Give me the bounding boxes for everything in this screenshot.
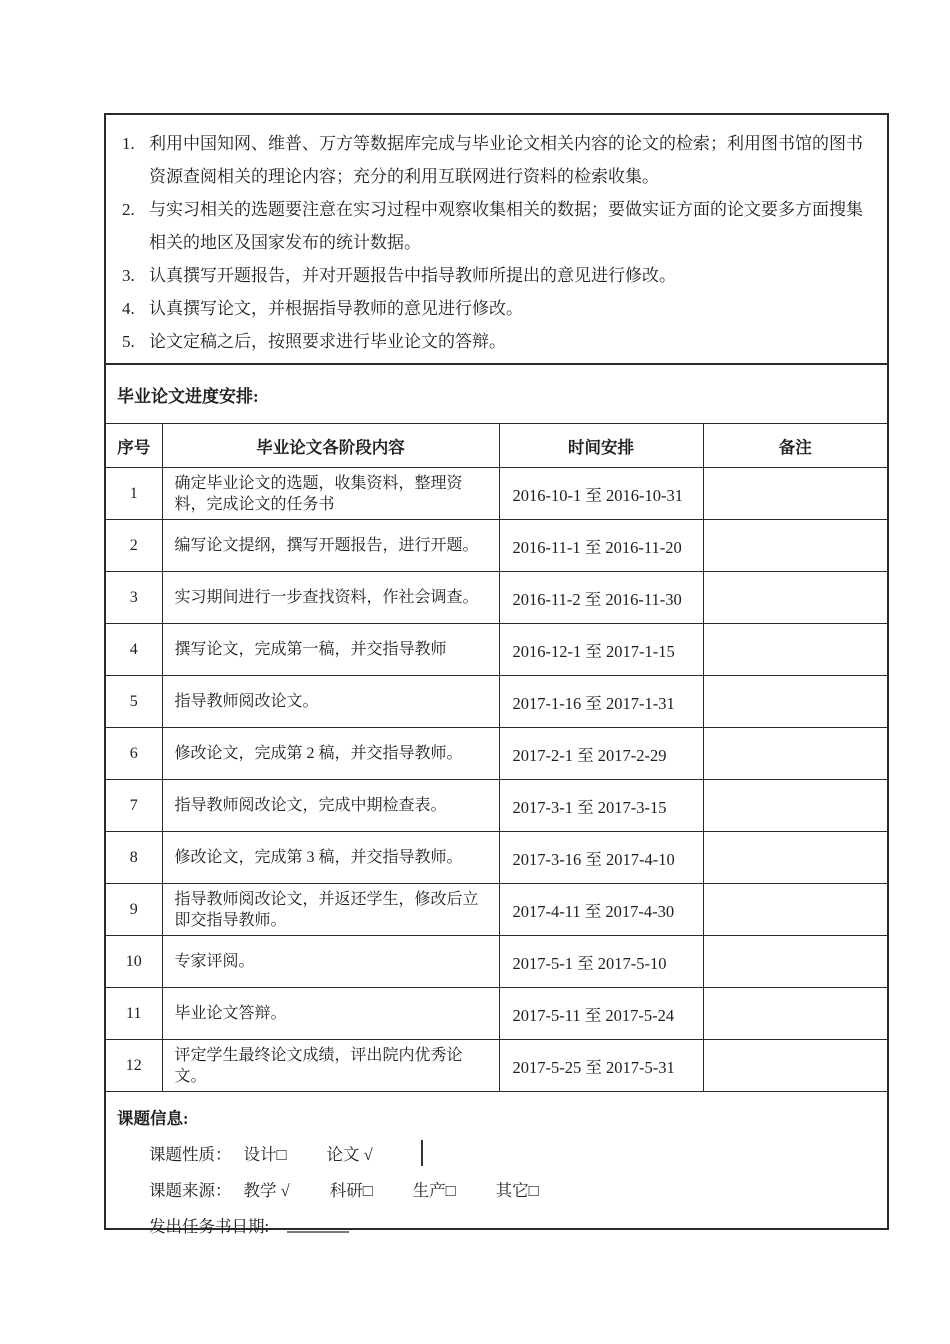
requirement-number: 3. bbox=[122, 259, 149, 292]
requirement-item: 1.利用中国知网、维普、万方等数据库完成与毕业论文相关内容的论文的检索；利用图书… bbox=[122, 127, 873, 193]
checkbox-empty-icon: □ bbox=[446, 1181, 456, 1200]
task-book-page: 1.利用中国知网、维普、万方等数据库完成与毕业论文相关内容的论文的检索；利用图书… bbox=[104, 113, 889, 1230]
stage-number: 6 bbox=[106, 728, 162, 780]
schedule-section-title: 毕业论文进度安排: bbox=[106, 365, 887, 423]
stage-time: 2016-10-1 至 2016-10-31 bbox=[499, 468, 703, 520]
stage-time: 2017-5-25 至 2017-5-31 bbox=[499, 1040, 703, 1092]
stage-number: 5 bbox=[106, 676, 162, 728]
stage-time: 2017-5-11 至 2017-5-24 bbox=[499, 988, 703, 1040]
stage-number: 3 bbox=[106, 572, 162, 624]
stage-content: 专家评阅。 bbox=[162, 936, 499, 988]
issue-date-blank bbox=[287, 1217, 349, 1233]
stage-remark bbox=[703, 468, 887, 520]
schedule-table: 序号 毕业论文各阶段内容 时间安排 备注 1确定毕业论文的选题，收集资料，整理资… bbox=[106, 423, 887, 1092]
stage-remark bbox=[703, 676, 887, 728]
table-row: 6修改论文，完成第 2 稿，并交指导教师。2017-2-1 至 2017-2-2… bbox=[106, 728, 887, 780]
checkmark-icon: √ bbox=[359, 1145, 372, 1164]
stage-remark bbox=[703, 728, 887, 780]
requirement-item: 5.论文定稿之后，按照要求进行毕业论文的答辩。 bbox=[122, 325, 873, 358]
requirement-text: 认真撰写开题报告，并对开题报告中指导教师所提出的意见进行修改。 bbox=[149, 259, 873, 292]
requirement-number: 4. bbox=[122, 292, 149, 325]
source-option-other: 其它□ bbox=[496, 1177, 539, 1201]
requirement-item: 3.认真撰写开题报告，并对开题报告中指导教师所提出的意见进行修改。 bbox=[122, 259, 873, 292]
checkbox-empty-icon: □ bbox=[363, 1181, 373, 1200]
stage-content: 修改论文，完成第 2 稿，并交指导教师。 bbox=[162, 728, 499, 780]
stage-time: 2017-2-1 至 2017-2-29 bbox=[499, 728, 703, 780]
table-row: 7指导教师阅改论文，完成中期检查表。2017-3-1 至 2017-3-15 bbox=[106, 780, 887, 832]
requirement-text: 认真撰写论文，并根据指导教师的意见进行修改。 bbox=[149, 292, 873, 325]
stage-time: 2017-5-1 至 2017-5-10 bbox=[499, 936, 703, 988]
stage-content: 确定毕业论文的选题，收集资料，整理资料，完成论文的任务书 bbox=[162, 468, 499, 520]
stage-time: 2016-11-1 至 2016-11-20 bbox=[499, 520, 703, 572]
requirement-text: 利用中国知网、维普、万方等数据库完成与毕业论文相关内容的论文的检索；利用图书馆的… bbox=[149, 127, 873, 193]
requirements-section: 1.利用中国知网、维普、万方等数据库完成与毕业论文相关内容的论文的检索；利用图书… bbox=[106, 115, 887, 365]
table-row: 5指导教师阅改论文。2017-1-16 至 2017-1-31 bbox=[106, 676, 887, 728]
table-header-row: 序号 毕业论文各阶段内容 时间安排 备注 bbox=[106, 424, 887, 468]
stage-content: 指导教师阅改论文，完成中期检查表。 bbox=[162, 780, 499, 832]
nature-option-thesis: 论文 √ bbox=[326, 1141, 372, 1165]
option-text: 论文 bbox=[326, 1145, 359, 1164]
stage-number: 8 bbox=[106, 832, 162, 884]
table-row: 10专家评阅。2017-5-1 至 2017-5-10 bbox=[106, 936, 887, 988]
stage-number: 12 bbox=[106, 1040, 162, 1092]
stage-remark bbox=[703, 520, 887, 572]
requirement-text: 论文定稿之后，按照要求进行毕业论文的答辩。 bbox=[149, 325, 873, 358]
stage-content: 编写论文提纲，撰写开题报告，进行开题。 bbox=[162, 520, 499, 572]
stage-time: 2016-11-2 至 2016-11-30 bbox=[499, 572, 703, 624]
stage-number: 11 bbox=[106, 988, 162, 1040]
stage-remark bbox=[703, 884, 887, 936]
stage-remark bbox=[703, 780, 887, 832]
stage-remark bbox=[703, 572, 887, 624]
table-row: 9指导教师阅改论文，并返还学生，修改后立即交指导教师。2017-4-11 至 2… bbox=[106, 884, 887, 936]
table-row: 4撰写论文，完成第一稿，并交指导教师2016-12-1 至 2017-1-15 bbox=[106, 624, 887, 676]
requirement-number: 5. bbox=[122, 325, 149, 358]
stage-time: 2017-3-16 至 2017-4-10 bbox=[499, 832, 703, 884]
checkbox-empty-icon: □ bbox=[277, 1145, 287, 1164]
stage-remark bbox=[703, 624, 887, 676]
option-text: 教学 bbox=[244, 1181, 277, 1200]
stage-number: 10 bbox=[106, 936, 162, 988]
stage-content: 实习期间进行一步查找资料，作社会调查。 bbox=[162, 572, 499, 624]
stage-number: 4 bbox=[106, 624, 162, 676]
stage-content: 毕业论文答辩。 bbox=[162, 988, 499, 1040]
stage-content: 撰写论文，完成第一稿，并交指导教师 bbox=[162, 624, 499, 676]
requirement-number: 2. bbox=[122, 193, 149, 259]
stage-content: 指导教师阅改论文，并返还学生，修改后立即交指导教师。 bbox=[162, 884, 499, 936]
topic-nature-line: 课题性质： 设计□ 论文 √ bbox=[149, 1141, 873, 1165]
requirement-text: 与实习相关的选题要注意在实习过程中观察收集相关的数据；要做实证方面的论文要多方面… bbox=[149, 193, 873, 259]
col-header-time: 时间安排 bbox=[499, 424, 703, 468]
col-header-content: 毕业论文各阶段内容 bbox=[162, 424, 499, 468]
topic-source-line: 课题来源： 教学 √ 科研□ 生产□ 其它□ bbox=[149, 1177, 873, 1201]
requirement-item: 4.认真撰写论文，并根据指导教师的意见进行修改。 bbox=[122, 292, 873, 325]
stage-remark bbox=[703, 1040, 887, 1092]
stage-number: 7 bbox=[106, 780, 162, 832]
table-row: 12评定学生最终论文成绩，评出院内优秀论文。2017-5-25 至 2017-5… bbox=[106, 1040, 887, 1092]
table-row: 2编写论文提纲，撰写开题报告，进行开题。2016-11-1 至 2016-11-… bbox=[106, 520, 887, 572]
stage-number: 2 bbox=[106, 520, 162, 572]
stage-number: 1 bbox=[106, 468, 162, 520]
source-option-teaching: 教学 √ bbox=[244, 1177, 290, 1201]
table-row: 1确定毕业论文的选题，收集资料，整理资料，完成论文的任务书2016-10-1 至… bbox=[106, 468, 887, 520]
stage-content: 指导教师阅改论文。 bbox=[162, 676, 499, 728]
stage-remark bbox=[703, 988, 887, 1040]
requirement-number: 1. bbox=[122, 127, 149, 193]
table-row: 11毕业论文答辩。2017-5-11 至 2017-5-24 bbox=[106, 988, 887, 1040]
issue-date-line: 发出任务书日期: bbox=[149, 1213, 873, 1237]
topic-info-section: 课题信息: 课题性质： 设计□ 论文 √ 课题来源： 教学 √ 科研□ 生产□ … bbox=[106, 1092, 887, 1237]
stage-content: 修改论文，完成第 3 稿，并交指导教师。 bbox=[162, 832, 499, 884]
stage-time: 2016-12-1 至 2017-1-15 bbox=[499, 624, 703, 676]
topic-source-label: 课题来源： bbox=[149, 1177, 232, 1201]
source-option-research: 科研□ bbox=[330, 1177, 373, 1201]
table-row: 3实习期间进行一步查找资料，作社会调查。2016-11-2 至 2016-11-… bbox=[106, 572, 887, 624]
stage-remark bbox=[703, 936, 887, 988]
col-header-remark: 备注 bbox=[703, 424, 887, 468]
text-cursor bbox=[421, 1140, 423, 1166]
stage-time: 2017-1-16 至 2017-1-31 bbox=[499, 676, 703, 728]
nature-option-design: 设计□ bbox=[244, 1141, 287, 1165]
checkmark-icon: √ bbox=[277, 1181, 290, 1200]
table-row: 8修改论文，完成第 3 稿，并交指导教师。2017-3-16 至 2017-4-… bbox=[106, 832, 887, 884]
option-text: 其它 bbox=[496, 1181, 529, 1200]
stage-content: 评定学生最终论文成绩，评出院内优秀论文。 bbox=[162, 1040, 499, 1092]
stage-number: 9 bbox=[106, 884, 162, 936]
col-header-no: 序号 bbox=[106, 424, 162, 468]
option-text: 设计 bbox=[244, 1145, 277, 1164]
stage-time: 2017-4-11 至 2017-4-30 bbox=[499, 884, 703, 936]
requirement-item: 2.与实习相关的选题要注意在实习过程中观察收集相关的数据；要做实证方面的论文要多… bbox=[122, 193, 873, 259]
topic-nature-label: 课题性质： bbox=[149, 1141, 232, 1165]
option-text: 科研 bbox=[330, 1181, 363, 1200]
issue-date-label: 发出任务书日期: bbox=[149, 1213, 269, 1237]
option-text: 生产 bbox=[413, 1181, 446, 1200]
checkbox-empty-icon: □ bbox=[529, 1181, 539, 1200]
schedule-section: 毕业论文进度安排: 序号 毕业论文各阶段内容 时间安排 备注 1确定毕业论文的选… bbox=[106, 365, 887, 1092]
stage-time: 2017-3-1 至 2017-3-15 bbox=[499, 780, 703, 832]
topic-info-heading: 课题信息: bbox=[117, 1105, 873, 1129]
source-option-production: 生产□ bbox=[413, 1177, 456, 1201]
stage-remark bbox=[703, 832, 887, 884]
